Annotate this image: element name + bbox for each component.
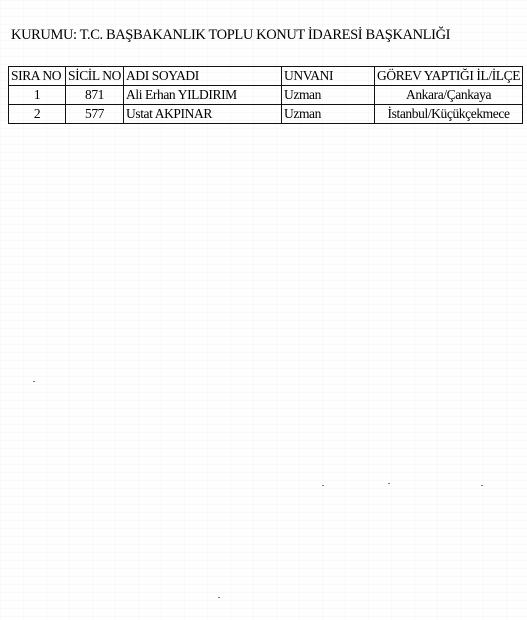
cell-sira-no: 1 <box>9 86 66 105</box>
cell-adi-soyadi: Ustat AKPINAR <box>124 105 282 124</box>
cell-unvani: Uzman <box>282 86 375 105</box>
personnel-table: SIRA NO SİCİL NO ADI SOYADI UNVANI GÖREV… <box>8 66 523 124</box>
document-title: KURUMU: T.C. BAŞBAKANLIK TOPLU KONUT İDA… <box>11 27 450 44</box>
header-gorev-yeri: GÖREV YAPTIĞI İL/İLÇE <box>375 67 523 86</box>
cell-sicil-no: 577 <box>66 105 124 124</box>
cell-gorev-yeri: Ankara/Çankaya <box>375 86 523 105</box>
scan-speck <box>33 381 35 382</box>
scan-speck <box>322 485 324 486</box>
table-row: 1 871 Ali Erhan YILDIRIM Uzman Ankara/Ça… <box>9 86 523 105</box>
table-header-row: SIRA NO SİCİL NO ADI SOYADI UNVANI GÖREV… <box>9 67 523 86</box>
header-sicil-no: SİCİL NO <box>66 67 124 86</box>
scan-speck <box>388 483 390 484</box>
table-row: 2 577 Ustat AKPINAR Uzman İstanbul/Küçük… <box>9 105 523 124</box>
header-unvani: UNVANI <box>282 67 375 86</box>
cell-unvani: Uzman <box>282 105 375 124</box>
header-adi-soyadi: ADI SOYADI <box>124 67 282 86</box>
cell-sicil-no: 871 <box>66 86 124 105</box>
scan-speck <box>218 597 220 598</box>
header-sira-no: SIRA NO <box>9 67 66 86</box>
cell-gorev-yeri: İstanbul/Küçükçekmece <box>375 105 523 124</box>
cell-adi-soyadi: Ali Erhan YILDIRIM <box>124 86 282 105</box>
scan-speck <box>481 485 483 486</box>
cell-sira-no: 2 <box>9 105 66 124</box>
